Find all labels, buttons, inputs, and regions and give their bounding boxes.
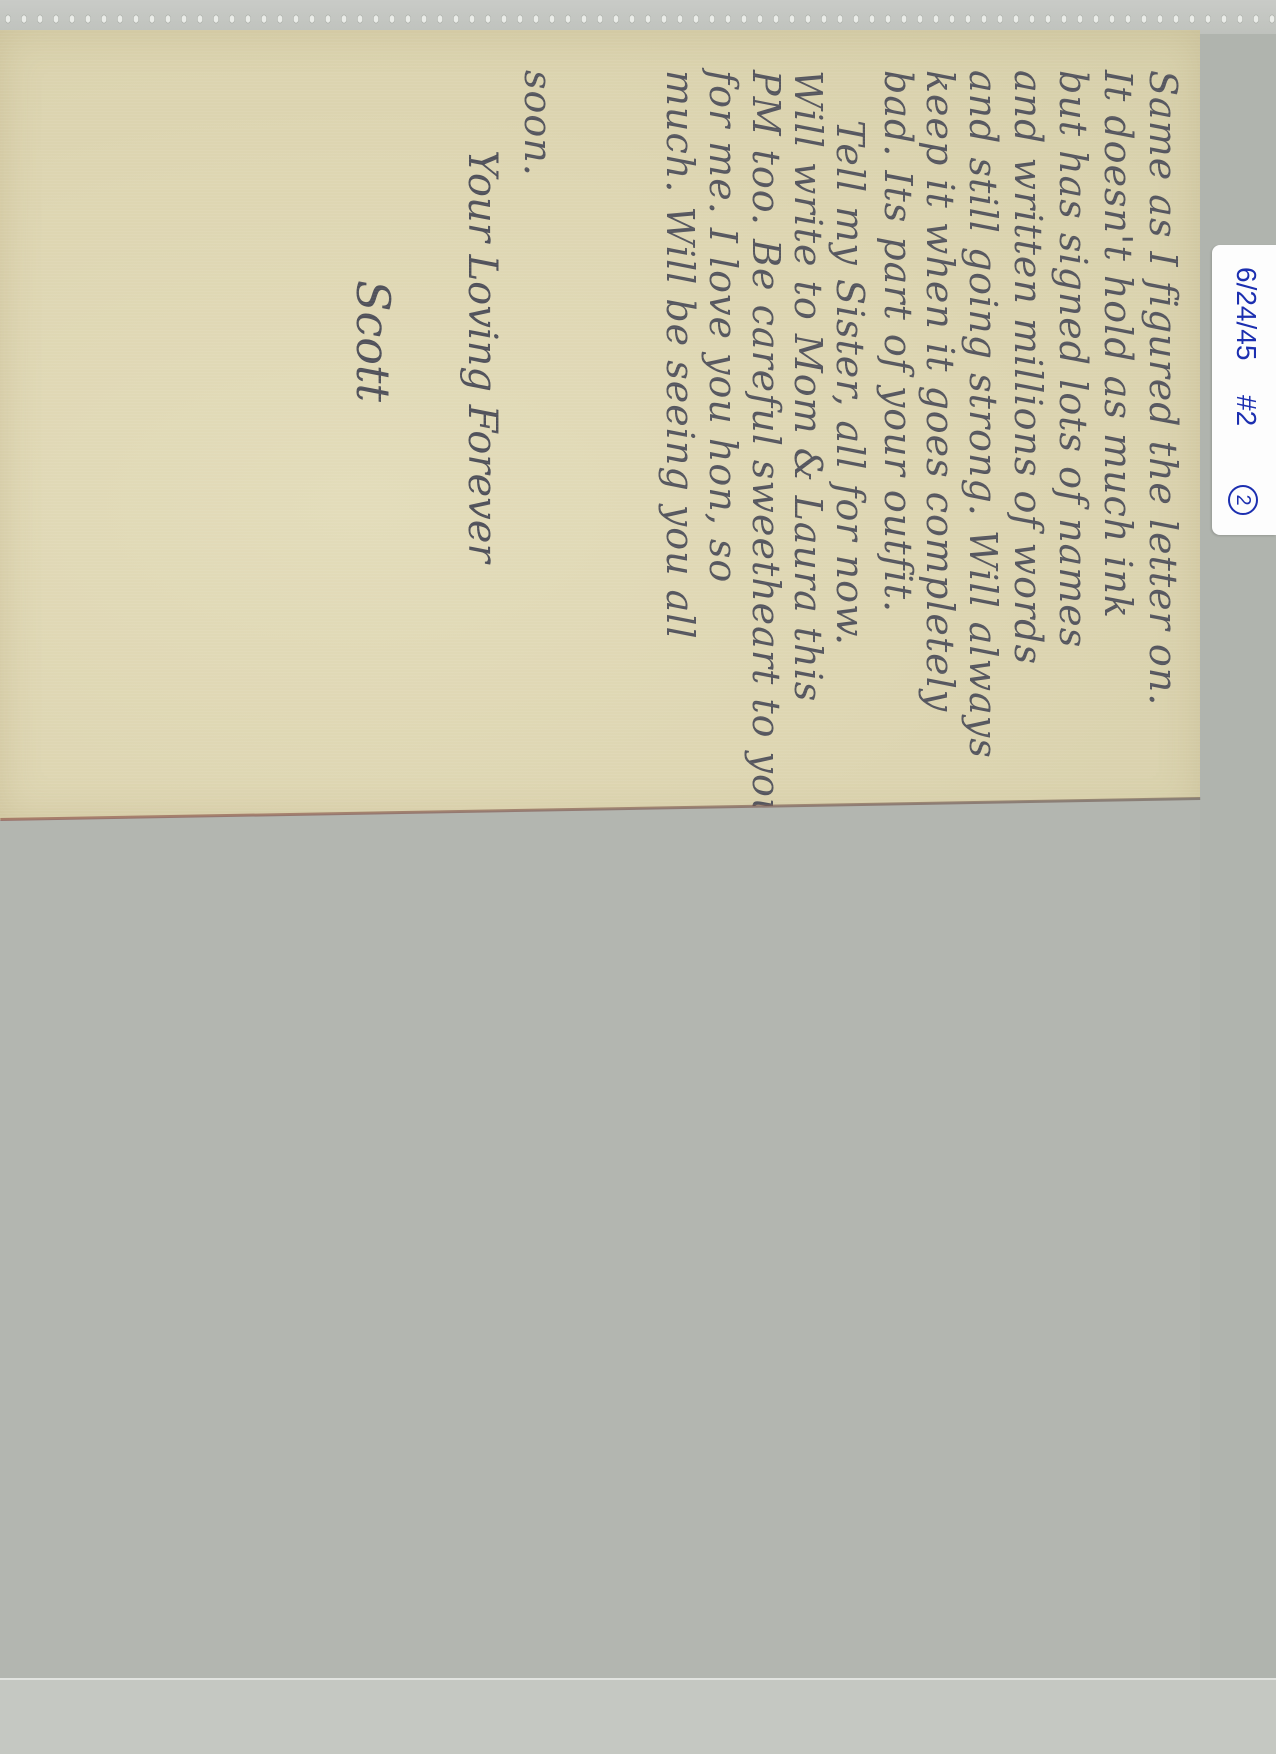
letter-paper: Same as I figured the letter on. It does… [0,30,1200,820]
letter-line: bad. Its part of your outfit. [876,70,920,613]
sleeve-top-strip [0,0,1276,34]
letter-body: Same as I figured the letter on. It does… [0,30,1200,820]
label-date: 6/24/45 [1230,267,1262,360]
letter-line: keep it when it goes completely [918,70,962,712]
letter-line: PM too. Be careful sweetheart to you [744,70,788,823]
letter-closing: Your Loving Forever [459,150,505,563]
letter-line: Tell my Sister, all for now. [828,120,872,646]
circled-number-icon: 2 [1228,485,1258,515]
letter-line: It doesn't hold as much ink [1096,70,1140,619]
letter-line: soon. [516,70,560,177]
letter-line: for me. I love you hon, so [701,70,745,583]
sleeve-perforations [0,12,1276,26]
archive-label: 6/24/45 #2 2 [1212,245,1276,535]
letter-line: and written millions of words [1006,70,1050,665]
letter-line: Same as I figured the letter on. [1141,70,1185,706]
letter-line: Will write to Mom & Laura this [786,70,830,702]
label-circled-number: 2 [1228,485,1262,515]
signature: Scott [346,280,400,402]
sleeve-bottom-edge [0,1678,1276,1754]
label-number: #2 [1230,395,1262,426]
letter-line: but has signed lots of names [1051,70,1095,648]
letter-line: much. Will be seeing you all [658,70,702,640]
letter-line: and still going strong. Will always [961,70,1005,759]
